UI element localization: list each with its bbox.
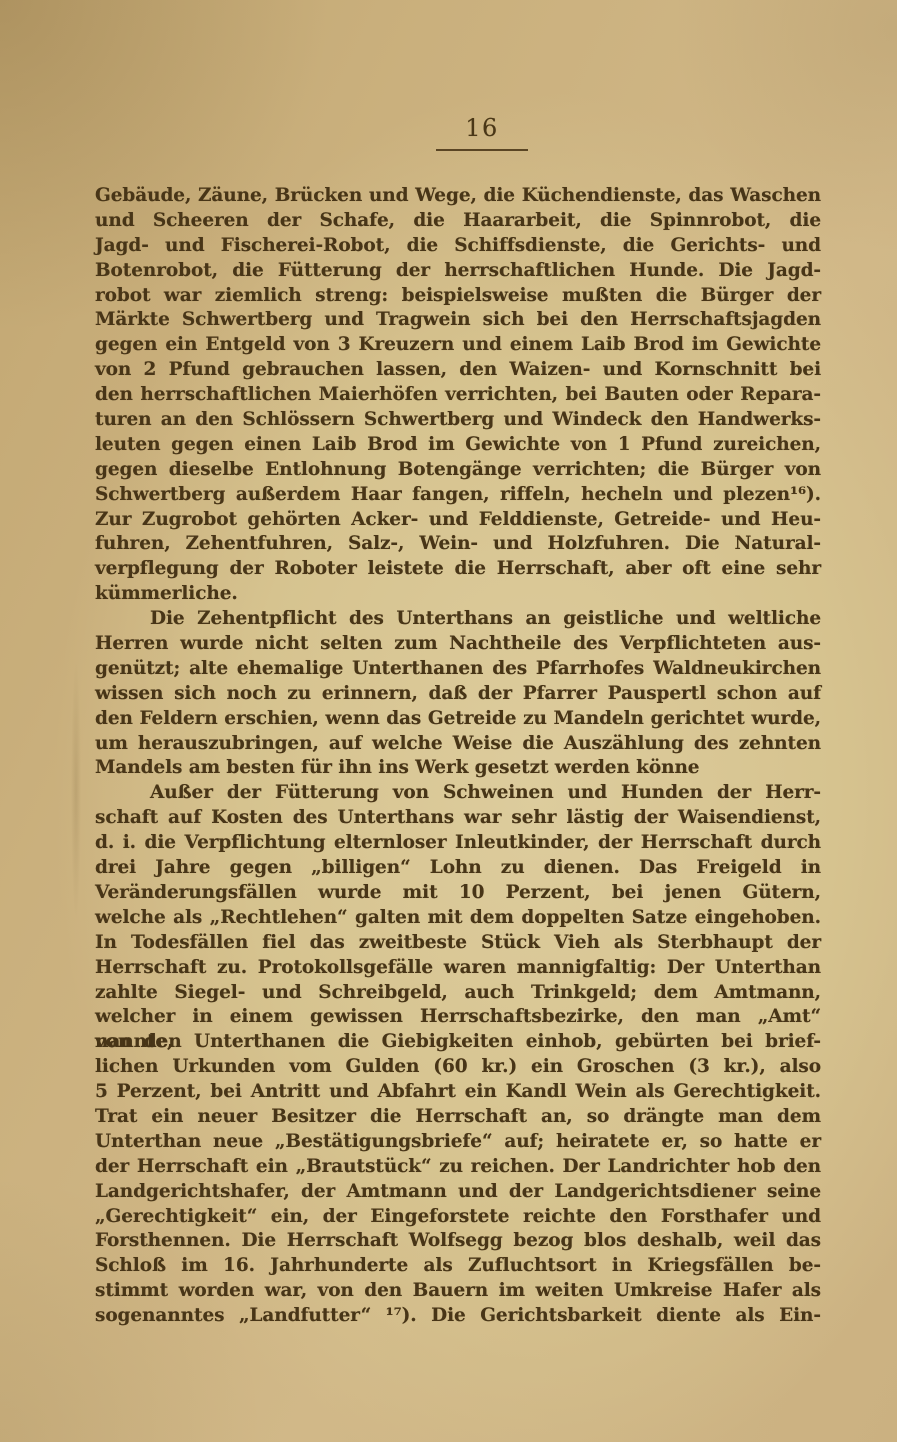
text-line: Trat ein neuer Besitzer die Herrschaft a… <box>95 1105 821 1130</box>
text-line: Landgerichtshafer, der Amtmann und der L… <box>95 1180 821 1205</box>
text-line: und Scheeren der Schafe, die Haararbeit,… <box>95 209 821 234</box>
text-line: Herren wurde nicht selten zum Nachtheile… <box>95 632 821 657</box>
text-line: Forsthennen. Die Herrschaft Wolfsegg bez… <box>95 1229 821 1254</box>
text-line: „Gerechtigkeit“ ein, der Eingeforstete r… <box>95 1205 821 1230</box>
text-line: gegen ein Entgeld von 3 Kreuzern und ein… <box>95 333 821 358</box>
paragraph: Die Zehentpflicht des Unterthans an geis… <box>95 607 821 781</box>
text-line: verpflegung der Roboter leistete die Her… <box>95 557 821 582</box>
text-line: In Todesfällen fiel das zweitbeste Stück… <box>95 931 821 956</box>
text-line: kümmerliche. <box>95 582 821 607</box>
text-line: Mandels am besten für ihn ins Werk geset… <box>95 756 821 781</box>
text-line: Märkte Schwertberg und Tragwein sich bei… <box>95 308 821 333</box>
text-line: leuten gegen einen Laib Brod im Gewichte… <box>95 433 821 458</box>
text-line: sogenanntes „Landfutter“ ¹⁷). Die Gerich… <box>95 1304 821 1329</box>
text-line: schaft auf Kosten des Unterthans war seh… <box>95 806 821 831</box>
text-line: lichen Urkunden vom Gulden (60 kr.) ein … <box>95 1055 821 1080</box>
text-line: Herrschaft zu. Protokollsgefälle waren m… <box>95 956 821 981</box>
text-line: gegen dieselbe Entlohnung Botengänge ver… <box>95 458 821 483</box>
text-line: d. i. die Verpflichtung elternloser Inle… <box>95 831 821 856</box>
text-line: drei Jahre gegen „billigen“ Lohn zu dien… <box>95 856 821 881</box>
text-line: von den Unterthanen die Giebigkeiten ein… <box>95 1030 821 1055</box>
text-line: um herauszubringen, auf welche Weise die… <box>95 732 821 757</box>
paragraph: Außer der Fütterung von Schweinen und Hu… <box>95 781 821 1329</box>
text-line: der Herrschaft ein „Brautstück“ zu reich… <box>95 1155 821 1180</box>
text-line: genützt; alte ehemalige Unterthanen des … <box>95 657 821 682</box>
text-line: Schwertberg außerdem Haar fangen, riffel… <box>95 483 821 508</box>
text-line: welche als „Rechtlehen“ galten mit dem d… <box>95 906 821 931</box>
text-line: turen an den Schlössern Schwertberg und … <box>95 408 821 433</box>
text-line: Außer der Fütterung von Schweinen und Hu… <box>95 781 821 806</box>
text-line: 5 Perzent, bei Antritt und Abfahrt ein K… <box>95 1080 821 1105</box>
text-line: wissen sich noch zu erinnern, daß der Pf… <box>95 682 821 707</box>
text-line: fuhren, Zehentfuhren, Salz-, Wein- und H… <box>95 532 821 557</box>
text-line: den Feldern erschien, wenn das Getreide … <box>95 707 821 732</box>
text-line: Veränderungsfällen wurde mit 10 Perzent,… <box>95 881 821 906</box>
text-line: Jagd- und Fischerei-Robot, die Schiffsdi… <box>95 234 821 259</box>
text-line: Unterthan neue „Bestätigungsbriefe“ auf;… <box>95 1130 821 1155</box>
paragraph: Gebäude, Zäune, Brücken und Wege, die Kü… <box>95 184 821 607</box>
paper-crease <box>68 610 84 970</box>
text-line: von 2 Pfund gebrauchen lassen, den Waize… <box>95 358 821 383</box>
text-line: Schloß im 16. Jahrhunderte als Zufluchts… <box>95 1254 821 1279</box>
text-line: Botenrobot, die Fütterung der herrschaft… <box>95 259 821 284</box>
text-line: robot war ziemlich streng: beispielsweis… <box>95 284 821 309</box>
text-block: Gebäude, Zäune, Brücken und Wege, die Kü… <box>95 184 821 1329</box>
text-line: stimmt worden war, von den Bauern im wei… <box>95 1279 821 1304</box>
text-line: den herrschaftlichen Maierhöfen verricht… <box>95 383 821 408</box>
text-line: Zur Zugrobot gehörten Acker- und Felddie… <box>95 508 821 533</box>
text-line: Gebäude, Zäune, Brücken und Wege, die Kü… <box>95 184 821 209</box>
text-line: zahlte Siegel- und Schreibgeld, auch Tri… <box>95 981 821 1006</box>
page-number: 16 <box>436 114 528 151</box>
text-line: welcher in einem gewissen Herrschaftsbez… <box>95 1005 821 1030</box>
text-line: Die Zehentpflicht des Unterthans an geis… <box>95 607 821 632</box>
